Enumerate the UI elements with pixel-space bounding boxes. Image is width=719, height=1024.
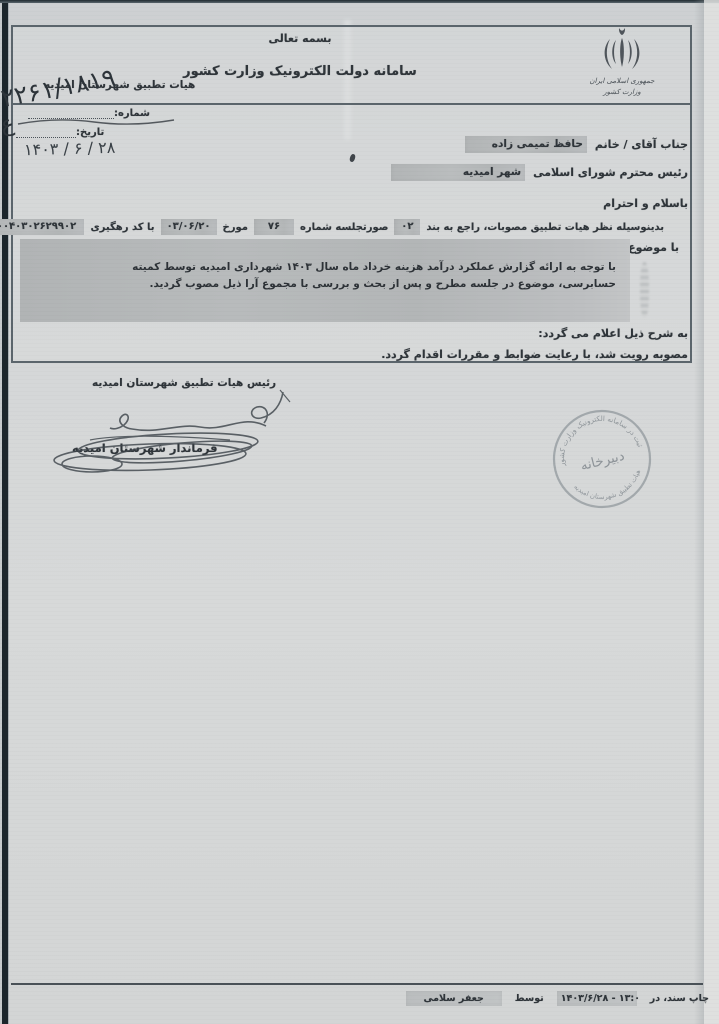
print-label: چاپ سند، در	[650, 993, 709, 1004]
scan-edge-left	[0, 0, 9, 1024]
printed-by-name: جعفر سلامی	[406, 991, 502, 1006]
minutes-number: ۷۶	[254, 219, 294, 235]
clause-number: ۰۲	[394, 219, 420, 235]
salutation-label: جناب آقای / خانم	[595, 138, 688, 151]
letterhead-divider	[11, 103, 692, 105]
greeting-line: باسلام و احترام	[603, 197, 688, 210]
footer-divider-line	[11, 983, 703, 985]
iran-emblem-icon	[600, 27, 644, 75]
scanned-letter-page: بسمه تعالی سامانه دولت الکترونیک وزارت ک…	[0, 0, 719, 1024]
reference-row: بدینوسیله نظر هیات تطبیق مصوبات، راجع به…	[0, 219, 664, 235]
ref-intro-text: بدینوسیله نظر هیات تطبیق مصوبات، راجع به…	[426, 222, 664, 233]
secretariat-stamp: ثبت در سامانه الکترونیک وزارت کشور دبیرخ…	[545, 402, 659, 516]
subject-label: با موضوع	[628, 241, 679, 254]
footer-print-row: چاپ سند، در ۱۴۰۳/۶/۲۸ - ۱۳:۰ توسط جعفر س…	[406, 991, 709, 1006]
emblem-caption-line1: جمهوری اسلامی ایران	[578, 76, 666, 87]
scan-streak-right	[694, 0, 704, 1024]
tracking-code: ۴۰۰۴۰۳۰۲۶۲۹۹۰۲	[0, 219, 84, 235]
scan-edge-right	[704, 0, 719, 1024]
signature-scrawl	[30, 388, 300, 488]
scan-smudge	[640, 262, 649, 318]
print-datetime: ۱۴۰۳/۶/۲۸ - ۱۳:۰	[557, 991, 637, 1006]
addressee-row-2: رئیس محترم شورای اسلامی شهر امیدیه	[391, 164, 688, 181]
recipient-title-label: رئیس محترم شورای اسلامی	[533, 166, 688, 179]
recipient-title-value: شهر امیدیه	[391, 164, 525, 181]
handwritten-underline	[16, 114, 176, 130]
minutes-date: ۰۳/۰۶/۲۰	[161, 219, 217, 235]
printed-by-label: توسط	[515, 993, 544, 1004]
announce-line: به شرح ذیل اعلام می گردد:	[538, 327, 688, 340]
scan-edge-top	[0, 0, 719, 3]
handwritten-date: ۱۴۰۳ / ۶ / ۲۸	[24, 138, 116, 159]
subject-text: با توجه به ارائه گزارش عملکرد درآمد هزین…	[20, 239, 630, 293]
minutes-label: صورتجلسه شماره	[300, 222, 388, 233]
tracking-label: با کد رهگیری	[90, 222, 154, 233]
dated-label: مورخ	[223, 222, 248, 233]
subject-highlight-block: با توجه به ارائه گزارش عملکرد درآمد هزین…	[20, 239, 630, 322]
salutation-value: حافظ تمیمی زاده	[465, 136, 587, 153]
emblem-caption: جمهوری اسلامی ایران وزارت کشور	[578, 76, 666, 97]
decision-line: مصوبه رویت شد، با رعایت ضوابط و مقررات ا…	[381, 348, 688, 361]
addressee-row-1: جناب آقای / خانم حافظ تمیمی زاده	[465, 136, 688, 153]
bismillah-text: بسمه تعالی	[120, 32, 480, 45]
stamp-center-text: دبیرخانه	[579, 448, 626, 474]
emblem-caption-line2: وزارت کشور	[578, 87, 666, 98]
